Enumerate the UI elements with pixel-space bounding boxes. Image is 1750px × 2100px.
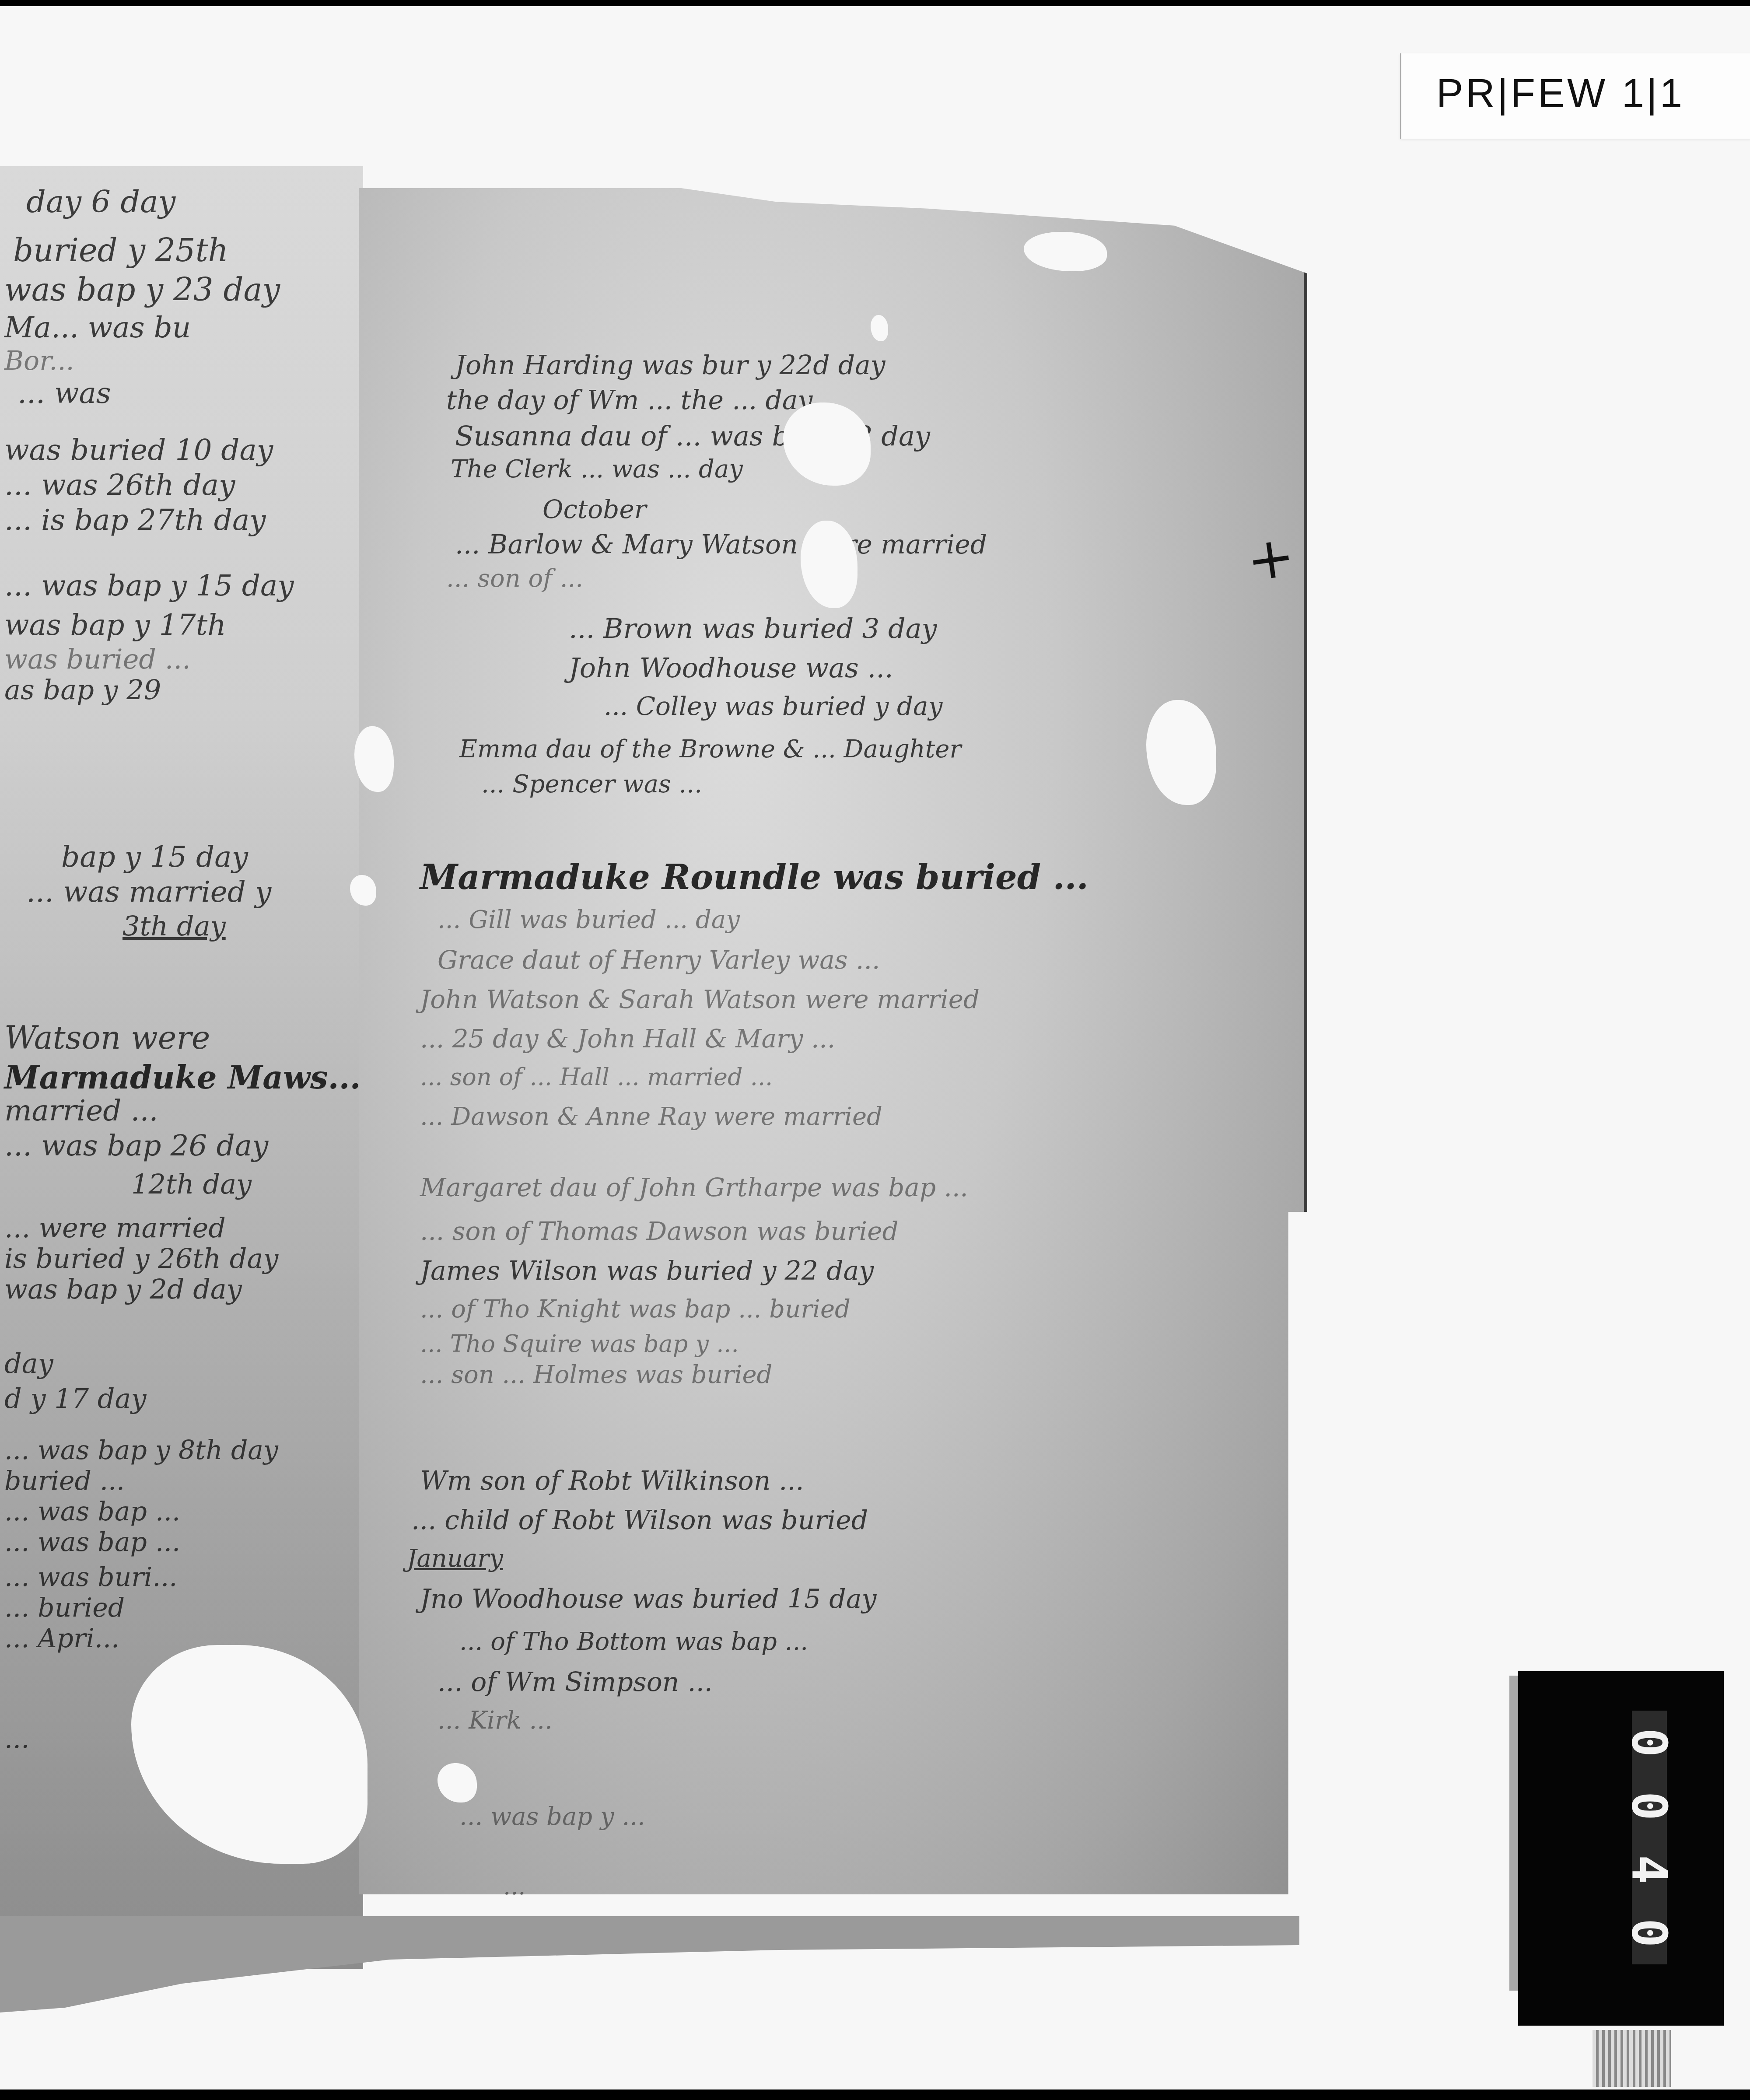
- left-line: buried ...: [4, 1466, 125, 1496]
- register-entry: Emma dau of the Browne & ... Daughter: [459, 735, 961, 763]
- left-line: ... was bap ...: [4, 1496, 180, 1527]
- register-entry: Marmaduke Roundle was buried ...: [420, 857, 1088, 897]
- left-line: bap y 15 day: [61, 840, 248, 874]
- left-line: ...: [4, 1724, 29, 1754]
- register-entry: October: [542, 494, 646, 524]
- register-entry: The Clerk ... was ... day: [451, 455, 743, 483]
- left-line: ... was bap y 15 day: [4, 569, 294, 602]
- left-line: was bap y 2d day: [4, 1273, 242, 1305]
- register-entry: January: [407, 1544, 503, 1573]
- register-entry: John Watson & Sarah Watson were married: [420, 984, 980, 1014]
- counter-digit: 0: [1625, 1918, 1673, 1947]
- left-line: day 6 day: [26, 184, 175, 220]
- register-entry: Grace daut of Henry Varley was ...: [437, 945, 880, 975]
- register-entry: John Harding was bur y 22d day: [455, 350, 885, 381]
- left-line: day: [4, 1347, 53, 1379]
- margin-cross-mark: +: [1242, 522, 1299, 595]
- counter-digit: 4: [1625, 1855, 1673, 1883]
- frame-counter: 0 0 4 0: [1518, 1671, 1724, 2026]
- left-line: was buried ...: [4, 643, 191, 675]
- register-entry: ... son of Thomas Dawson was buried: [420, 1216, 899, 1246]
- register-entry: Margaret dau of John Grtharpe was bap ..…: [420, 1172, 968, 1202]
- left-line: ... Apri...: [4, 1623, 119, 1654]
- register-entry: James Wilson was buried y 22 day: [420, 1256, 874, 1286]
- register-entry: ... Barlow & Mary Watson were married: [455, 529, 987, 560]
- left-line: Bor...: [4, 346, 74, 376]
- register-entry: ... Spencer was ...: [481, 770, 702, 798]
- counter-digit: 0: [1625, 1728, 1673, 1757]
- left-line: buried y 25th: [13, 232, 228, 269]
- left-line: ... was bap 26 day: [4, 1129, 268, 1162]
- register-entry: ... of Tho Knight was bap ... buried: [420, 1295, 850, 1323]
- left-line: was bap y 17th: [4, 608, 226, 642]
- left-line: as bap y 29: [4, 674, 161, 706]
- left-line: ... was: [17, 376, 111, 410]
- register-entry: ... Dawson & Anne Ray were married: [420, 1102, 882, 1131]
- register-entry: ... Brown was buried 3 day: [569, 612, 937, 644]
- register-entry: ... son of ...: [446, 564, 583, 593]
- left-line: Watson were: [4, 1019, 210, 1056]
- register-entry: John Woodhouse was ...: [569, 652, 893, 684]
- register-entry: ... son of ... Hall ... married ...: [420, 1063, 773, 1091]
- register-entry: ... was bap y ...: [459, 1802, 645, 1831]
- register-entry: ... son ... Holmes was buried: [420, 1361, 772, 1389]
- left-line: was bap y 23 day: [4, 271, 280, 308]
- left-line: was buried 10 day: [4, 433, 273, 467]
- left-line: ... buried: [4, 1592, 125, 1623]
- left-line: ... was bap ...: [4, 1527, 180, 1557]
- archive-reference-text: PR|FEW 1|1: [1436, 71, 1685, 117]
- left-line: ... was 26th day: [4, 468, 235, 502]
- register-entry: the day of Wm ... the ... day: [446, 385, 813, 416]
- register-entry: ... Tho Squire was bap y ...: [420, 1330, 739, 1358]
- register-entry: Jno Woodhouse was buried 15 day: [420, 1584, 876, 1614]
- archive-reference-label: PR|FEW 1|1: [1400, 53, 1750, 139]
- register-entry: ...: [503, 1872, 526, 1900]
- left-line: Marmaduke Maws...: [4, 1059, 361, 1096]
- left-line: 12th day: [131, 1168, 252, 1200]
- register-entry: ... child of Robt Wilson was buried: [411, 1505, 868, 1536]
- left-line: ... is bap 27th day: [4, 503, 266, 537]
- left-line: ... was bap y 8th day: [4, 1435, 278, 1466]
- left-line: is buried y 26th day: [4, 1242, 278, 1274]
- left-line: Ma... was bu: [4, 311, 191, 344]
- left-line: d y 17 day: [4, 1382, 146, 1414]
- register-entry: ... of Tho Bottom was bap ...: [459, 1627, 808, 1656]
- left-line: ... were married: [4, 1212, 226, 1244]
- register-entry: Wm son of Robt Wilkinson ...: [420, 1466, 804, 1496]
- register-entry: ... Kirk ...: [437, 1706, 553, 1735]
- left-line: 3th day: [122, 910, 226, 942]
- left-line: ... was buri...: [4, 1562, 177, 1592]
- left-line: married ...: [4, 1094, 158, 1127]
- left-line: ... was married y: [26, 875, 271, 909]
- register-entry: ... Gill was buried ... day: [437, 906, 740, 934]
- register-entry: ... of Wm Simpson ...: [437, 1667, 713, 1697]
- counter-digit: 0: [1625, 1791, 1673, 1820]
- frame-counter-display: 0 0 4 0: [1632, 1711, 1667, 1964]
- register-entry: ... 25 day & John Hall & Mary ...: [420, 1024, 835, 1053]
- register-entry: ... Colley was buried y day: [604, 691, 942, 721]
- counter-comb-connector: [1592, 2030, 1671, 2087]
